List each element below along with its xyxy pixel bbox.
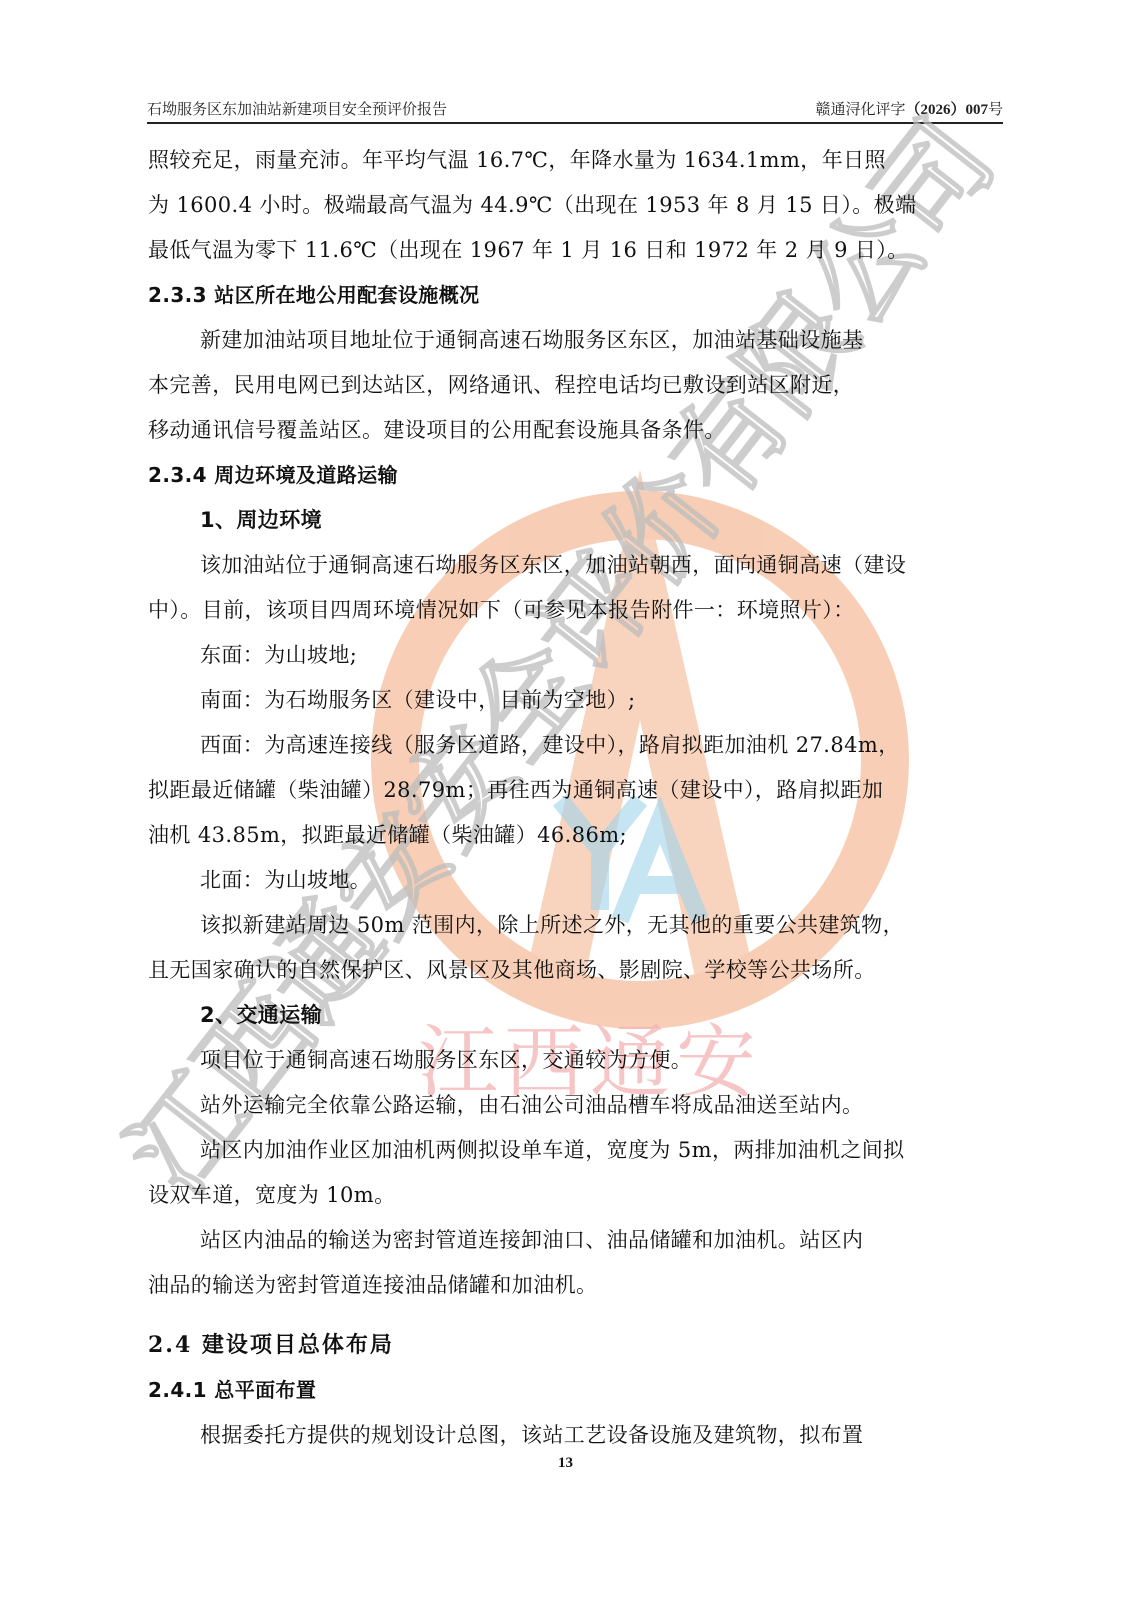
page-number: 13 <box>0 1455 1131 1472</box>
paragraph-line: 站区内油品的输送为密封管道连接卸油口、油品储罐和加油机。站区内 <box>148 1218 1004 1263</box>
paragraph-line: 照较充足，雨量充沛。年平均气温 16.7℃，年降水量为 1634.1mm，年日照 <box>148 138 1004 183</box>
paragraph-line: 站外运输完全依靠公路运输，由石油公司油品槽车将成品油送至站内。 <box>148 1083 1004 1128</box>
page-header: 石坳服务区东加油站新建项目安全预评价报告 赣通浔化评字（2026）007号 <box>147 98 1003 122</box>
paragraph-line: 根据委托方提供的规划设计总图，该站工艺设备设施及建筑物，拟布置 <box>148 1413 1004 1458</box>
paragraph-line: 最低气温为零下 11.6℃（出现在 1967 年 1 月 16 日和 1972 … <box>148 228 1004 273</box>
paragraph-line: 新建加油站项目地址位于通铜高速石坳服务区东区，加油站基础设施基 <box>148 318 1004 363</box>
section-heading: 2.4 建设项目总体布局 <box>148 1323 1004 1368</box>
paragraph-line: 西面：为高速连接线（服务区道路，建设中），路肩拟距加油机 27.84m， <box>148 723 1004 768</box>
paragraph-line: 本完善，民用电网已到达站区，网络通讯、程控电话均已敷设到站区附近， <box>148 363 1004 408</box>
paragraph-line: 站区内加油作业区加油机两侧拟设单车道，宽度为 5m，两排加油机之间拟 <box>148 1128 1004 1173</box>
subsection-heading: 2.4.1 总平面布置 <box>148 1368 1004 1413</box>
document-page: 江西通安 江西通安安全评价有限公司 石坳服务区东加油站新建项目安全预评价报告 赣… <box>0 0 1131 1600</box>
ref-prefix: 赣通浔化评字 <box>815 102 905 118</box>
paragraph-line: 项目位于通铜高速石坳服务区东区，交通较为方便。 <box>148 1038 1004 1083</box>
report-reference: 赣通浔化评字（2026）007号 <box>815 98 1003 119</box>
paragraph-line: 移动通讯信号覆盖站区。建设项目的公用配套设施具备条件。 <box>148 408 1004 453</box>
paragraph-line: 中）。目前，该项目四周环境情况如下（可参见本报告附件一：环境照片）： <box>148 588 1004 633</box>
paragraph-line: 且无国家确认的自然保护区、风景区及其他商场、影剧院、学校等公共场所。 <box>148 948 1004 993</box>
paragraph-line: 该拟新建站周边 50m 范围内，除上所述之外，无其他的重要公共建筑物， <box>148 903 1004 948</box>
paragraph-line: 南面：为石坳服务区（建设中，目前为空地）; <box>148 678 1004 723</box>
paragraph-line: 为 1600.4 小时。极端最高气温为 44.9℃（出现在 1953 年 8 月… <box>148 183 1004 228</box>
spacer <box>148 1308 1004 1323</box>
header-divider <box>147 122 1003 124</box>
report-title: 石坳服务区东加油站新建项目安全预评价报告 <box>147 98 447 119</box>
paragraph-line: 设双车道，宽度为 10m。 <box>148 1173 1004 1218</box>
paragraph-line: 北面：为山坡地。 <box>148 858 1004 903</box>
paragraph-line: 油机 43.85m，拟距最近储罐（柴油罐）46.86m; <box>148 813 1004 858</box>
ref-suffix: 号 <box>988 102 1003 118</box>
item-heading: 1、周边环境 <box>148 498 1004 543</box>
ref-year: （2026） <box>905 102 965 118</box>
subsection-heading: 2.3.3 站区所在地公用配套设施概况 <box>148 273 1004 318</box>
ref-number: 007 <box>965 102 988 118</box>
paragraph-line: 该加油站位于通铜高速石坳服务区东区，加油站朝西，面向通铜高速（建设 <box>148 543 1004 588</box>
document-body: 照较充足，雨量充沛。年平均气温 16.7℃，年降水量为 1634.1mm，年日照… <box>148 138 1004 1458</box>
paragraph-line: 油品的输送为密封管道连接油品储罐和加油机。 <box>148 1263 1004 1308</box>
paragraph-line: 东面：为山坡地; <box>148 633 1004 678</box>
item-heading: 2、交通运输 <box>148 993 1004 1038</box>
paragraph-line: 拟距最近储罐（柴油罐）28.79m；再往西为通铜高速（建设中），路肩拟距加 <box>148 768 1004 813</box>
subsection-heading: 2.3.4 周边环境及道路运输 <box>148 453 1004 498</box>
